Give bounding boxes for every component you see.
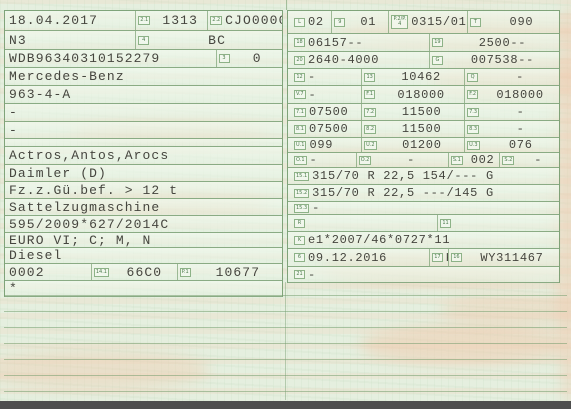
form-cell: 0002 [5, 264, 91, 280]
field-value: WDB96340310152279 [9, 51, 160, 66]
field-value: 007538-- [446, 53, 559, 67]
field-code: 7.3 [467, 108, 479, 117]
field-value: 01 [348, 15, 388, 29]
form-row: 963-4-A [5, 86, 282, 104]
field-value: 1313 [153, 13, 207, 28]
field-value: 10677 [194, 265, 282, 280]
field-code: 15.2 [294, 189, 309, 198]
field-code: 18 [294, 38, 305, 47]
field-value: CJO00000- [225, 13, 282, 28]
field-code: U.3 [467, 141, 479, 150]
form-cell: 4BC [135, 31, 282, 49]
field-code: T [470, 18, 481, 27]
field-code: 17 [432, 253, 443, 262]
form-cell: 1310462 [361, 69, 464, 85]
form-row: 000214.166C0P.110677 [5, 264, 282, 281]
field-value: 02 [308, 15, 324, 29]
form-cell: Mercedes-Benz [5, 68, 282, 85]
field-value: - [482, 105, 559, 119]
form-row: 12-1310462Q- [288, 69, 559, 86]
field-value: - [308, 70, 316, 84]
field-code: 4 [138, 36, 149, 45]
form-cell: U.3076 [464, 138, 559, 152]
field-value: 0002 [9, 265, 45, 280]
field-value: Daimler (D) [9, 166, 107, 181]
field-value: 002 [466, 153, 500, 167]
form-cell: S.1002 [448, 153, 499, 167]
form-cell: 7.107500 [288, 104, 361, 120]
field-value: Actros,Antos,Arocs [9, 148, 169, 163]
form-cell: 16WY311467 [448, 249, 559, 266]
form-cell: 8.3- [464, 121, 559, 137]
field-value: Mercedes-Benz [9, 69, 125, 84]
field-value: 595/2009*627/2014C [9, 217, 169, 232]
field-value: - [481, 70, 559, 84]
form-row: R11 [288, 215, 559, 232]
form-row: Fz.z.Gü.bef. > 12 t [5, 182, 282, 199]
form-row: 595/2009*627/2014C [5, 216, 282, 233]
field-code: 15.1 [294, 172, 309, 181]
form-cell: G007538-- [429, 52, 559, 68]
form-row: WDB9634031015227930 [5, 50, 282, 68]
field-value: Diesel [9, 248, 62, 263]
form-cell: 2.11313 [135, 11, 207, 30]
field-value: BC [152, 33, 282, 48]
form-row: 202640-4000G007538-- [288, 52, 559, 69]
field-value: Sattelzugmaschine [9, 200, 160, 215]
form-row: Actros,Antos,Arocs [5, 147, 282, 165]
field-code: 7.2 [364, 108, 376, 117]
field-code: 13 [364, 73, 375, 82]
form-row: 609.12.201617K16WY311467 [288, 249, 559, 267]
form-cell: U.201200 [361, 138, 464, 152]
form-row: 8.1075008.2115008.3- [288, 121, 559, 138]
field-code: 15.3 [294, 204, 309, 213]
form-row: O.1-O.2-S.1002S.2- [288, 153, 559, 168]
form-row: Daimler (D) [5, 165, 282, 182]
form-cell: WDB96340310152279 [5, 50, 216, 67]
field-value: 099 [309, 138, 333, 152]
form-cell: U.1099 [288, 138, 361, 152]
form-cell: 11 [437, 215, 559, 231]
field-value: 11500 [379, 105, 464, 119]
form-row: - [5, 104, 282, 122]
field-code: R [294, 219, 305, 228]
field-value: - [9, 105, 18, 120]
field-code: S.2 [502, 156, 514, 165]
field-code: 20 [294, 56, 305, 65]
form-cell: F.2018000 [464, 86, 559, 103]
form-cell: 901 [331, 11, 388, 33]
field-code: 8.3 [467, 125, 479, 134]
form-cell: 2.2CJO00000- [207, 11, 282, 30]
scan-edge-bar [0, 401, 571, 409]
form-cell: Fz.z.Gü.bef. > 12 t [5, 182, 282, 198]
field-value: 10462 [378, 70, 464, 84]
form-row: 15.1315/70 R 22,5 154/--- G [288, 168, 559, 185]
form-row: Diesel [5, 248, 282, 264]
field-value: 2500-- [446, 36, 559, 50]
form-cell: L02 [288, 11, 331, 33]
field-value: Fz.z.Gü.bef. > 12 t [9, 183, 178, 198]
form-cell: EURO VI; C; M, N [5, 233, 282, 247]
form-cell: 8.211500 [361, 121, 464, 137]
form-cell: 7.211500 [361, 104, 464, 120]
field-value: 963-4-A [9, 87, 71, 102]
field-value: 0315/01600 [411, 15, 467, 29]
field-value: 0 [233, 51, 282, 66]
form-row: Ke1*2007/46*0727*11 [288, 232, 559, 249]
form-cell: 15.1315/70 R 22,5 154/--- G [288, 168, 559, 184]
field-code: 3 [219, 54, 230, 63]
field-value: - [9, 123, 18, 138]
form-cell: 12- [288, 69, 361, 85]
form-cell: Sattelzugmaschine [5, 199, 282, 215]
form-cell: Q- [464, 69, 559, 85]
field-value: 18.04.2017 [9, 13, 98, 28]
form-cell: 192500-- [429, 34, 559, 51]
field-code: 19 [432, 38, 443, 47]
field-value: 315/70 R 22,5 154/--- G [312, 169, 494, 183]
field-value: 07500 [309, 122, 349, 136]
field-value: - [482, 122, 559, 136]
field-value: - [374, 153, 448, 167]
field-value: 11500 [379, 122, 464, 136]
field-code: U.2 [364, 141, 376, 150]
field-value: N3 [9, 33, 27, 48]
form-row: Sattelzugmaschine [5, 199, 282, 216]
form-row: 7.1075007.2115007.3- [288, 104, 559, 121]
field-code: S.1 [451, 156, 463, 165]
form-cell: T090 [467, 11, 559, 33]
form-row: U.1099U.201200U.3076 [288, 138, 559, 153]
form-row: 15.2315/70 R 22,5 ---/145 G [288, 185, 559, 202]
form-row: 15.3- [288, 202, 559, 215]
field-value: - [310, 153, 318, 167]
column-divider [285, 282, 286, 400]
form-row-spacer [5, 139, 282, 147]
field-value: 66C0 [112, 265, 177, 280]
form-cell: Actros,Antos,Arocs [5, 147, 282, 164]
form-cell: - [5, 104, 282, 121]
field-value: 315/70 R 22,5 ---/145 G [312, 186, 494, 200]
field-code: P.2/P.4 [391, 15, 408, 29]
form-cell: 963-4-A [5, 86, 282, 103]
form-cell: Diesel [5, 248, 282, 263]
form-cell: P.110677 [177, 264, 282, 280]
form-cell: R [288, 215, 437, 231]
vehicle-registration-document: 18.04.20172.113132.2CJO00000-N34BCWDB963… [0, 0, 571, 409]
form-cell: 14.166C0 [91, 264, 177, 280]
field-value: - [517, 153, 559, 167]
field-code: F.1 [364, 90, 375, 99]
field-code: 14.1 [94, 268, 109, 277]
field-value: e1*2007/46*0727*11 [308, 233, 450, 247]
field-code: O.2 [359, 156, 372, 165]
form-cell: 7.3- [464, 104, 559, 120]
field-value: 06157-- [308, 36, 363, 50]
field-value: 01200 [380, 138, 465, 152]
form-cell: 30 [216, 50, 282, 67]
field-code: 11 [440, 219, 451, 228]
form-cell: 17K [429, 249, 448, 266]
form-row: 18.04.20172.113132.2CJO00000- [5, 11, 282, 31]
field-code: 9 [334, 18, 345, 27]
field-value: 076 [483, 138, 559, 152]
field-code: 7.1 [294, 108, 306, 117]
form-cell: 18.04.2017 [5, 11, 135, 30]
form-cell: P.2/P.40315/01600 [388, 11, 467, 33]
form-cell: O.2- [356, 153, 448, 167]
field-value: EURO VI; C; M, N [9, 233, 151, 247]
field-code: L [294, 18, 305, 27]
field-value: 090 [484, 15, 559, 29]
form-cell: 1806157-- [288, 34, 429, 51]
field-value: 09.12.2016 [308, 251, 387, 265]
form-cell: N3 [5, 31, 135, 49]
form-cell: - [5, 122, 282, 138]
form-cell: Ke1*2007/46*0727*11 [288, 232, 559, 248]
field-code: O.1 [294, 156, 307, 165]
form-cell: 15.3- [288, 202, 559, 214]
form-cell: 202640-4000 [288, 52, 429, 68]
registration-table-left: 18.04.20172.113132.2CJO00000-N34BCWDB963… [4, 10, 283, 297]
form-row: L02901P.2/P.40315/01600T090 [288, 11, 559, 34]
field-code: Q [467, 73, 478, 82]
form-row: 21- [288, 267, 559, 283]
field-value: 018000 [481, 88, 559, 102]
field-code: G [432, 56, 443, 65]
form-cell: 8.107500 [288, 121, 361, 137]
form-cell: S.2- [499, 153, 559, 167]
form-row: V.7-F.1018000F.2018000 [288, 86, 559, 104]
form-row: Mercedes-Benz [5, 68, 282, 86]
form-row: EURO VI; C; M, N [5, 233, 282, 248]
form-cell: V.7- [288, 86, 361, 103]
field-code: V.7 [294, 90, 306, 99]
field-code: 21 [294, 270, 305, 279]
field-value: - [309, 88, 317, 102]
form-row: - [5, 122, 282, 139]
field-code: 2.2 [210, 16, 222, 25]
field-value: * [9, 281, 18, 296]
form-cell: O.1- [288, 153, 356, 167]
field-code: 16 [451, 253, 462, 262]
field-code: F.2 [467, 90, 478, 99]
form-row: N34BC [5, 31, 282, 50]
field-code: U.1 [294, 141, 306, 150]
field-code: P.1 [180, 268, 191, 277]
field-code: 2.1 [138, 16, 150, 25]
field-value: 2640-4000 [308, 53, 379, 67]
column-divider [286, 0, 287, 10]
field-value: - [312, 202, 320, 214]
field-code: 6 [294, 253, 305, 262]
field-value: 018000 [378, 88, 464, 102]
field-code: 8.1 [294, 125, 306, 134]
field-value: 07500 [309, 105, 349, 119]
registration-table-right: L02901P.2/P.40315/01600T0901806157--1925… [287, 10, 560, 283]
form-cell: * [5, 281, 282, 296]
field-code: 8.2 [364, 125, 376, 134]
field-value: WY311467 [465, 251, 559, 265]
form-cell: Daimler (D) [5, 165, 282, 181]
field-code: 12 [294, 73, 305, 82]
form-cell: 15.2315/70 R 22,5 ---/145 G [288, 185, 559, 201]
form-cell: 609.12.2016 [288, 249, 429, 266]
form-cell: 21- [288, 267, 559, 282]
form-cell: F.1018000 [361, 86, 464, 103]
field-value: - [308, 268, 316, 282]
form-row: 1806157--192500-- [288, 34, 559, 52]
form-cell: 595/2009*627/2014C [5, 216, 282, 232]
field-code: K [294, 236, 305, 245]
